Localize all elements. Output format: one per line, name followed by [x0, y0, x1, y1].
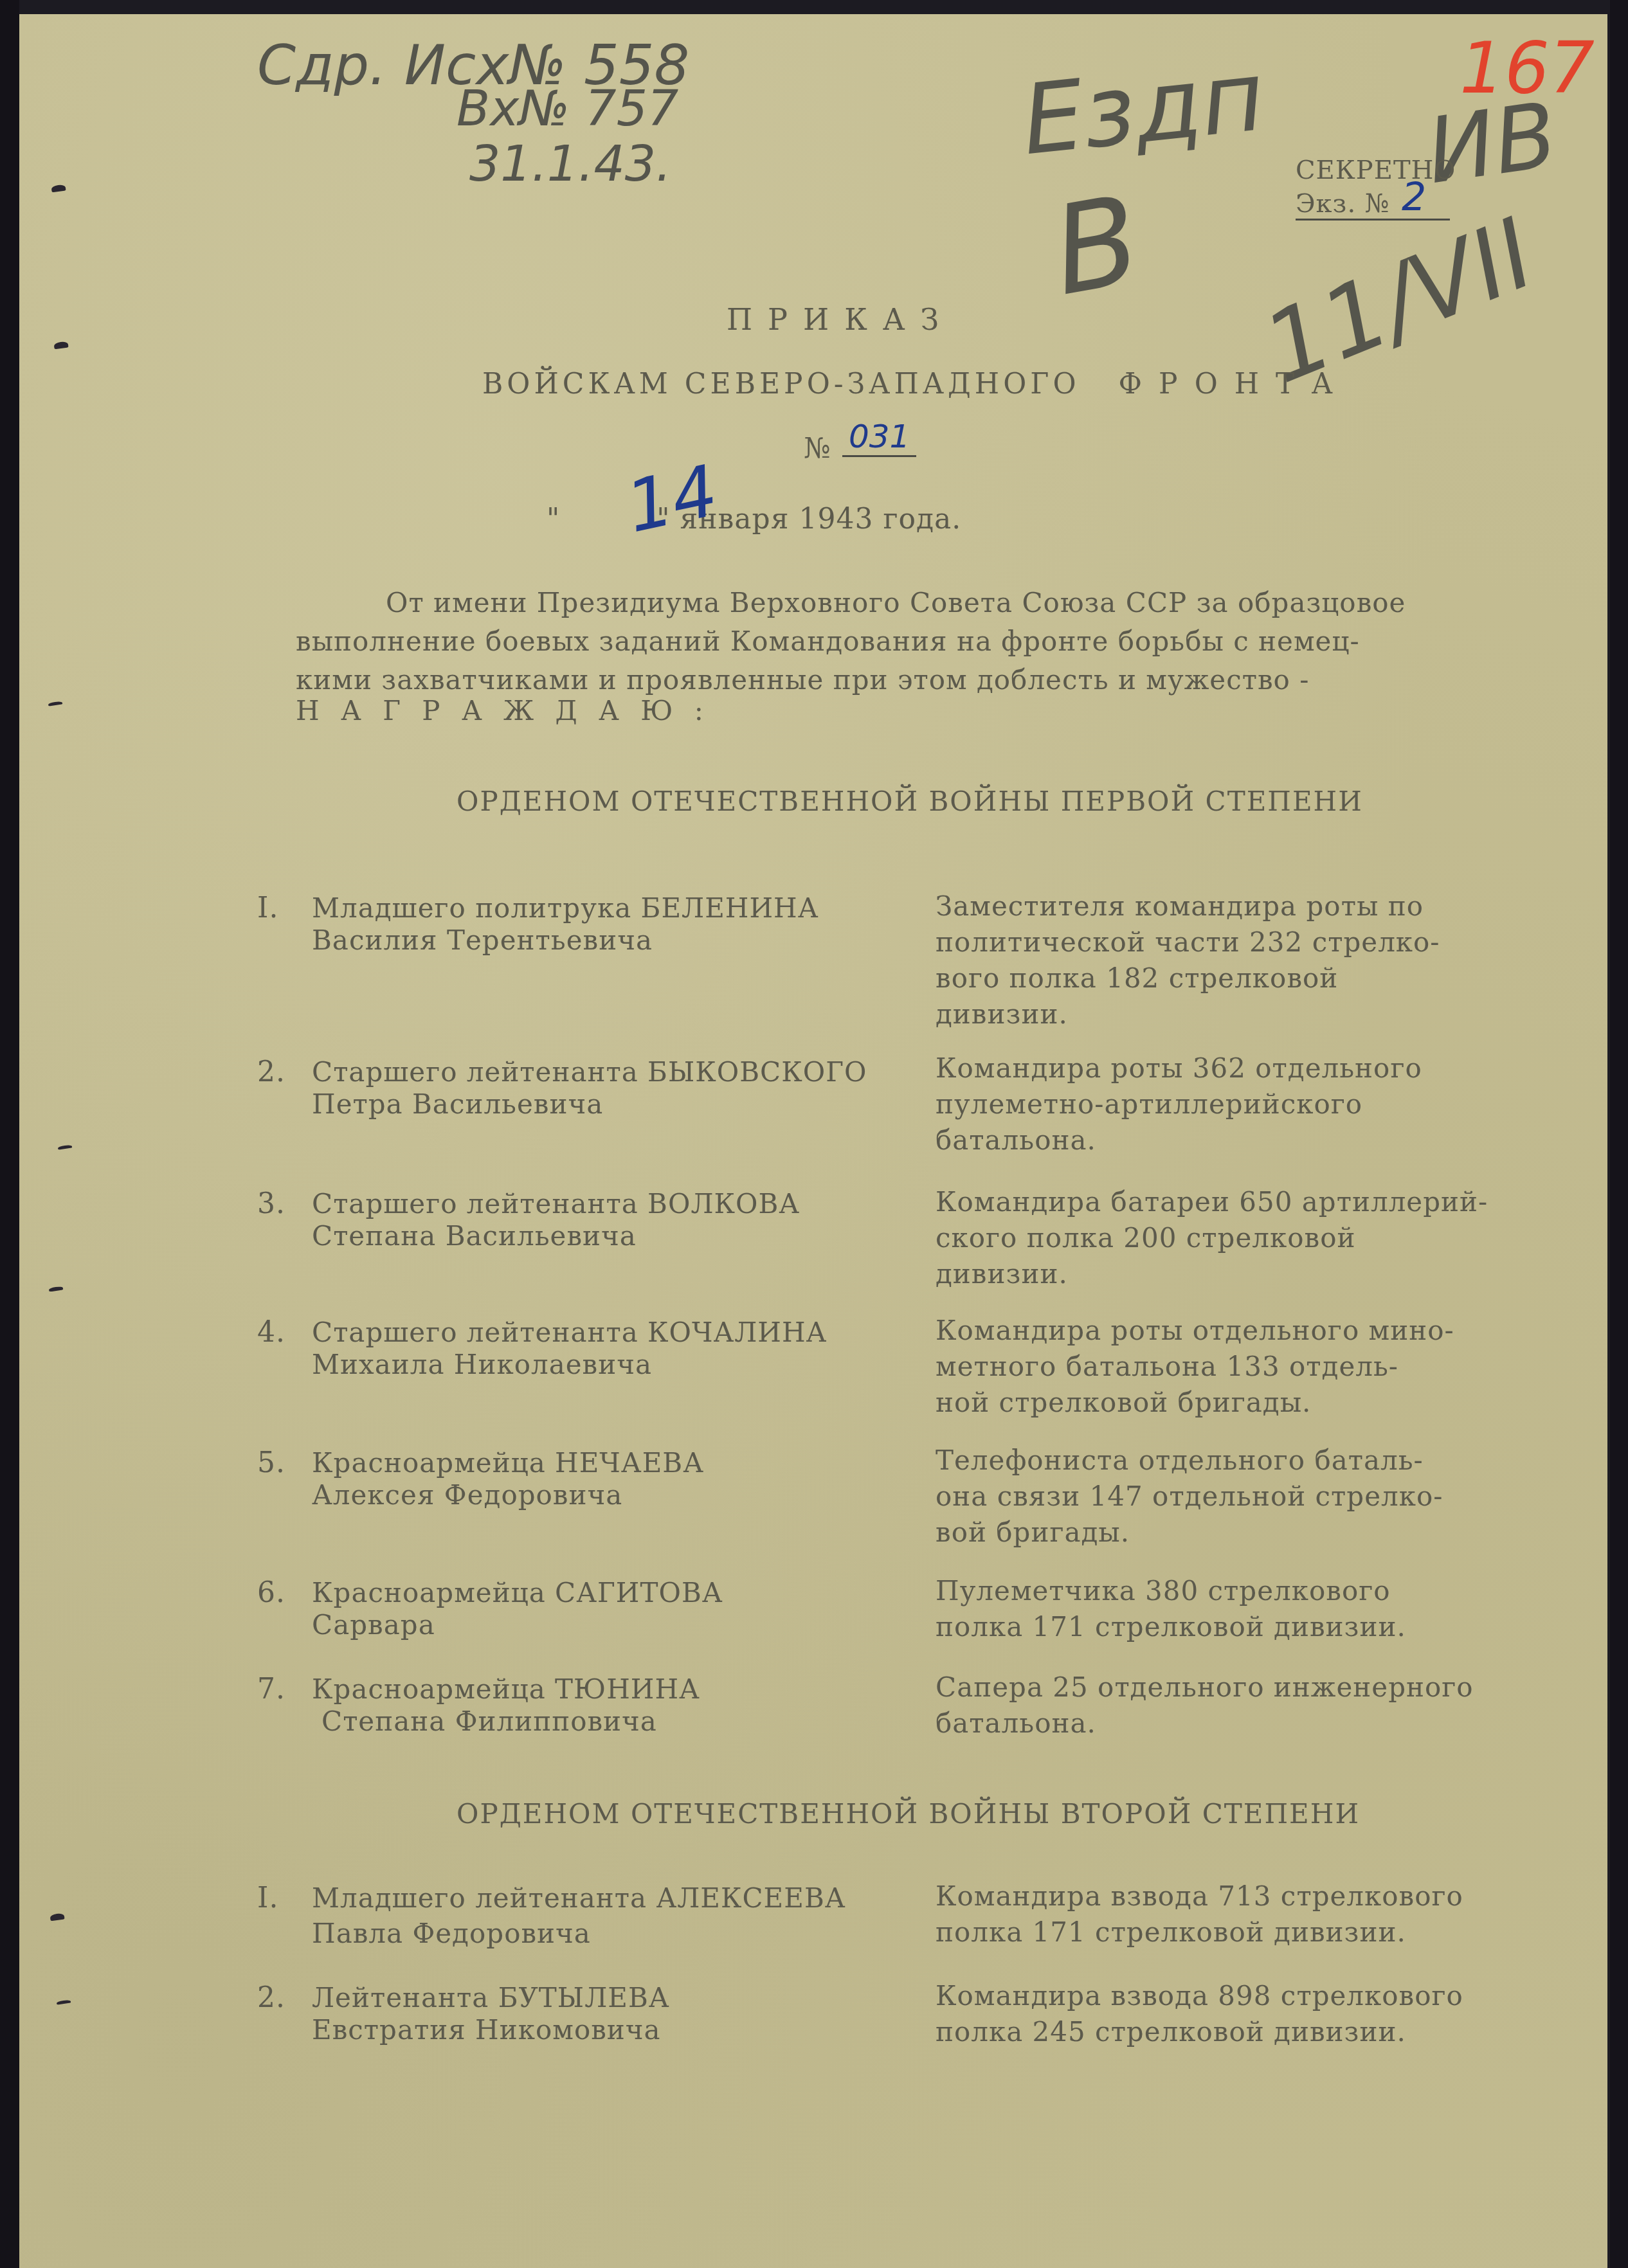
date-open-quote: ": [547, 503, 560, 535]
pencil-resolution-note: Ездп: [1017, 40, 1269, 177]
position-line: батальона.: [936, 1122, 1422, 1158]
punch-hole-mark: [58, 1144, 72, 1149]
awardee-rank-surname: Красноармейца САГИТОВА: [312, 1576, 723, 1610]
position-line: она связи 147 отдельной стрелко-: [936, 1479, 1443, 1515]
position-line: Командира взвода 898 стрелкового: [936, 1978, 1463, 2014]
awardee-given-names: Павла Федоровича: [312, 1917, 591, 1950]
awardee-position: Командира роты отдельного мино- метного …: [936, 1313, 1454, 1421]
pencil-resolution-letter: В: [1043, 168, 1150, 323]
awardee-rank-surname: Младшего политрука БЕЛЕНИНА: [312, 892, 819, 925]
position-line: дивизии.: [936, 1256, 1488, 1292]
entry-number: I.: [257, 892, 278, 924]
awardee-position: Телефониста отдельного баталь- она связи…: [936, 1443, 1443, 1551]
position-line: политической части 232 стрелко-: [936, 924, 1440, 960]
awardee-rank-surname: Красноармейца НЕЧАЕВА: [312, 1446, 704, 1480]
handwritten-incoming-number: Вх№ 757: [457, 80, 678, 137]
position-line: пулеметно-артиллерийского: [936, 1086, 1422, 1122]
position-line: вого полка 182 стрелковой: [936, 960, 1440, 996]
document-title: ПРИКАЗ: [727, 302, 954, 337]
awardee-position: Командира взвода 713 стрелкового полка 1…: [936, 1878, 1463, 1950]
punch-hole-mark: [57, 1999, 71, 2004]
red-page-number: 167: [1460, 27, 1595, 109]
awardee-position: Командира роты 362 отдельного пулеметно-…: [936, 1050, 1422, 1158]
copy-number-value: 2: [1402, 175, 1426, 220]
awardee-given-names: Петра Васильевича: [312, 1088, 603, 1121]
position-line: Командира роты отдельного мино-: [936, 1313, 1454, 1349]
position-line: полка 245 стрелковой дивизии.: [936, 2014, 1463, 2050]
entry-number: 4.: [257, 1316, 285, 1349]
awardee-rank-surname: Старшего лейтенанта ВОЛКОВА: [312, 1187, 800, 1221]
subtitle-front: ФРОНТА: [1119, 368, 1350, 401]
entry-number: 2.: [257, 1056, 285, 1088]
copy-number-prefix: Экз. №: [1296, 189, 1390, 219]
position-line: Сапера 25 отдельного инженерного: [936, 1670, 1474, 1706]
awardee-given-names: Михаила Николаевича: [312, 1348, 652, 1381]
position-line: метного батальона 133 отдель-: [936, 1349, 1454, 1385]
punch-hole-mark: [48, 701, 62, 706]
awardee-given-names: Алексея Федоровича: [312, 1479, 622, 1512]
awardee-rank-surname: Старшего лейтенанта КОЧАЛИНА: [312, 1316, 827, 1349]
order-date: "" января 1943 года.: [547, 503, 961, 535]
preamble-line-2: выполнение боевых заданий Командования н…: [296, 625, 1360, 658]
copy-number-label: Экз. №: [1296, 189, 1450, 221]
punch-hole-mark: [49, 1286, 64, 1291]
punch-hole-mark: [53, 341, 68, 350]
preamble-line-1: От имени Президиума Верховного Совета Со…: [386, 586, 1406, 620]
awardee-rank-surname: Младшего лейтенанта АЛЕКСЕЕВА: [312, 1882, 846, 1915]
award-declaration: Н А Г Р А Ж Д А Ю :: [296, 694, 710, 728]
awardee-position: Заместителя командира роты по политическ…: [936, 888, 1440, 1032]
position-line: Командира взвода 713 стрелкового: [936, 1878, 1463, 1914]
entry-number: 3.: [257, 1187, 285, 1220]
awardee-position: Сапера 25 отдельного инженерного батальо…: [936, 1670, 1474, 1742]
awardee-position: Пулеметчика 380 стрелкового полка 171 ст…: [936, 1573, 1406, 1645]
position-line: ского полка 200 стрелковой: [936, 1220, 1488, 1256]
subtitle-troops: ВОЙСКАМ СЕВЕРО-ЗАПАДНОГО: [482, 368, 1080, 401]
position-line: Телефониста отдельного баталь-: [936, 1443, 1443, 1479]
document-page: Сдр. Исх№ 558 Вх№ 757 31.1.43. Ездп В ИВ…: [19, 14, 1607, 2268]
section-heading-first-degree: ОРДЕНОМ ОТЕЧЕСТВЕННОЙ ВОЙНЫ ПЕРВОЙ СТЕПЕ…: [457, 786, 1363, 817]
scan-right-border: [1610, 0, 1628, 2268]
scan-left-border: [0, 0, 19, 2268]
awardee-rank-surname: Старшего лейтенанта БЫКОВСКОГО: [312, 1056, 867, 1089]
awardee-given-names: Степана Филипповича: [321, 1705, 657, 1738]
punch-hole-mark: [51, 184, 66, 193]
handwritten-registry-date: 31.1.43.: [469, 135, 671, 192]
position-line: Заместителя командира роты по: [936, 888, 1440, 924]
order-number-value: 031: [842, 418, 916, 457]
position-line: ной стрелковой бригады.: [936, 1385, 1454, 1421]
awardee-given-names: Сарвара: [312, 1608, 435, 1642]
entry-number: 5.: [257, 1446, 285, 1479]
section-heading-second-degree: ОРДЕНОМ ОТЕЧЕСТВЕННОЙ ВОЙНЫ ВТОРОЙ СТЕПЕ…: [457, 1798, 1360, 1830]
entry-number: 2.: [257, 1981, 285, 2014]
preamble-line-3: кими захватчиками и проявленные при этом…: [296, 663, 1309, 697]
position-line: дивизии.: [936, 996, 1440, 1032]
awardee-given-names: Степана Васильевича: [312, 1219, 637, 1253]
punch-hole-mark: [50, 1913, 64, 1922]
entry-number: 6.: [257, 1576, 285, 1609]
position-line: полка 171 стрелковой дивизии.: [936, 1914, 1463, 1950]
order-number-label: №: [804, 432, 831, 465]
awardee-given-names: Евстратия Никомовича: [312, 2013, 661, 2047]
awardee-rank-surname: Красноармейца ТЮНИНА: [312, 1673, 700, 1706]
secret-classification-label: СЕКРЕТНО: [1296, 156, 1456, 185]
awardee-given-names: Василия Терентьевича: [312, 924, 653, 957]
awardee-position: Командира взвода 898 стрелкового полка 2…: [936, 1978, 1463, 2050]
position-line: батальона.: [936, 1706, 1474, 1742]
position-line: вой бригады.: [936, 1515, 1443, 1551]
position-line: Командира батареи 650 артиллерий-: [936, 1184, 1488, 1220]
entry-number: I.: [257, 1882, 278, 1914]
awardee-position: Командира батареи 650 артиллерий- ского …: [936, 1184, 1488, 1292]
entry-number: 7.: [257, 1673, 285, 1706]
awardee-rank-surname: Лейтенанта БУТЫЛЕВА: [312, 1981, 670, 2015]
position-line: Пулеметчика 380 стрелкового: [936, 1573, 1406, 1609]
document-subtitle: ВОЙСКАМ СЕВЕРО-ЗАПАДНОГО ФРОНТА: [482, 368, 1350, 401]
position-line: полка 171 стрелковой дивизии.: [936, 1609, 1406, 1645]
position-line: Командира роты 362 отдельного: [936, 1050, 1422, 1086]
